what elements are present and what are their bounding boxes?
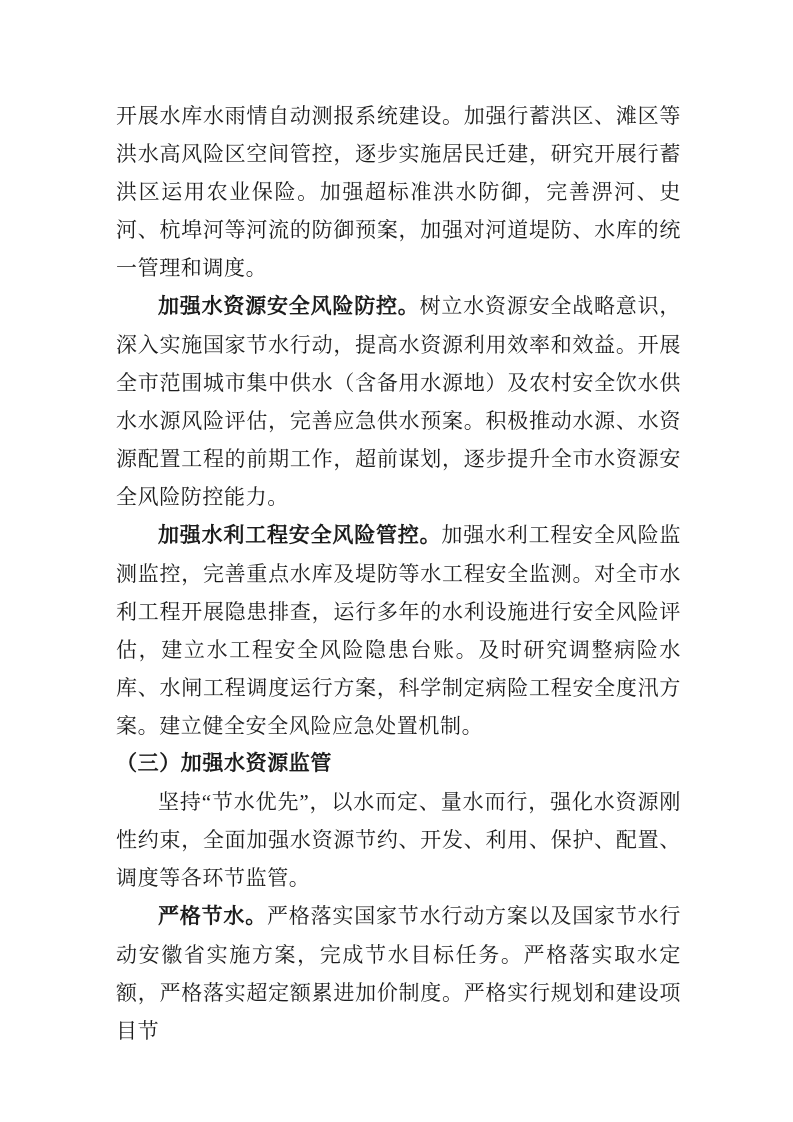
paragraph-lead: 严格节水。 [158,905,267,928]
paragraph-water-resource-risk: 加强水资源安全风险防控。树立水资源安全战略意识，深入实施国家节水行动，提高水资源… [116,287,681,516]
paragraph-text: 开展水库水雨情自动测报系统建设。加强行蓄洪区、滩区等洪水高风险区空间管控，逐步实… [116,104,681,280]
paragraph-water-saving-priority: 坚持“节水优先”，以水而定、量水而行，强化水资源刚性约束，全面加强水资源节约、开… [116,783,681,897]
paragraph-strict-water-saving: 严格节水。严格落实国家节水行动方案以及国家节水行动安徽省实施方案，完成节水目标任… [116,897,681,1050]
document-page: 开展水库水雨情自动测报系统建设。加强行蓄洪区、滩区等洪水高风险区空间管控，逐步实… [0,0,793,1122]
paragraph-water-project-risk: 加强水利工程安全风险管控。加强水利工程安全风险监测监控，完善重点水库及堤防等水工… [116,516,681,745]
paragraph-text: 坚持“节水优先”，以水而定、量水而行，强化水资源刚性约束，全面加强水资源节约、开… [116,790,681,890]
section-heading-water-resource-supervision: （三）加强水资源监管 [116,745,681,783]
paragraph-lead: 加强水资源安全风险防控。 [158,295,420,318]
document-body: 开展水库水雨情自动测报系统建设。加强行蓄洪区、滩区等洪水高风险区空间管控，逐步实… [116,97,681,1050]
paragraph-text: 树立水资源安全战略意识，深入实施国家节水行动，提高水资源利用效率和效益。开展全市… [116,294,681,509]
paragraph-text: 加强水利工程安全风险监测监控，完善重点水库及堤防等水工程安全监测。对全市水利工程… [116,523,681,738]
paragraph-flood-control-continuation: 开展水库水雨情自动测报系统建设。加强行蓄洪区、滩区等洪水高风险区空间管控，逐步实… [116,97,681,287]
paragraph-lead: 加强水利工程安全风险管控。 [158,524,441,547]
